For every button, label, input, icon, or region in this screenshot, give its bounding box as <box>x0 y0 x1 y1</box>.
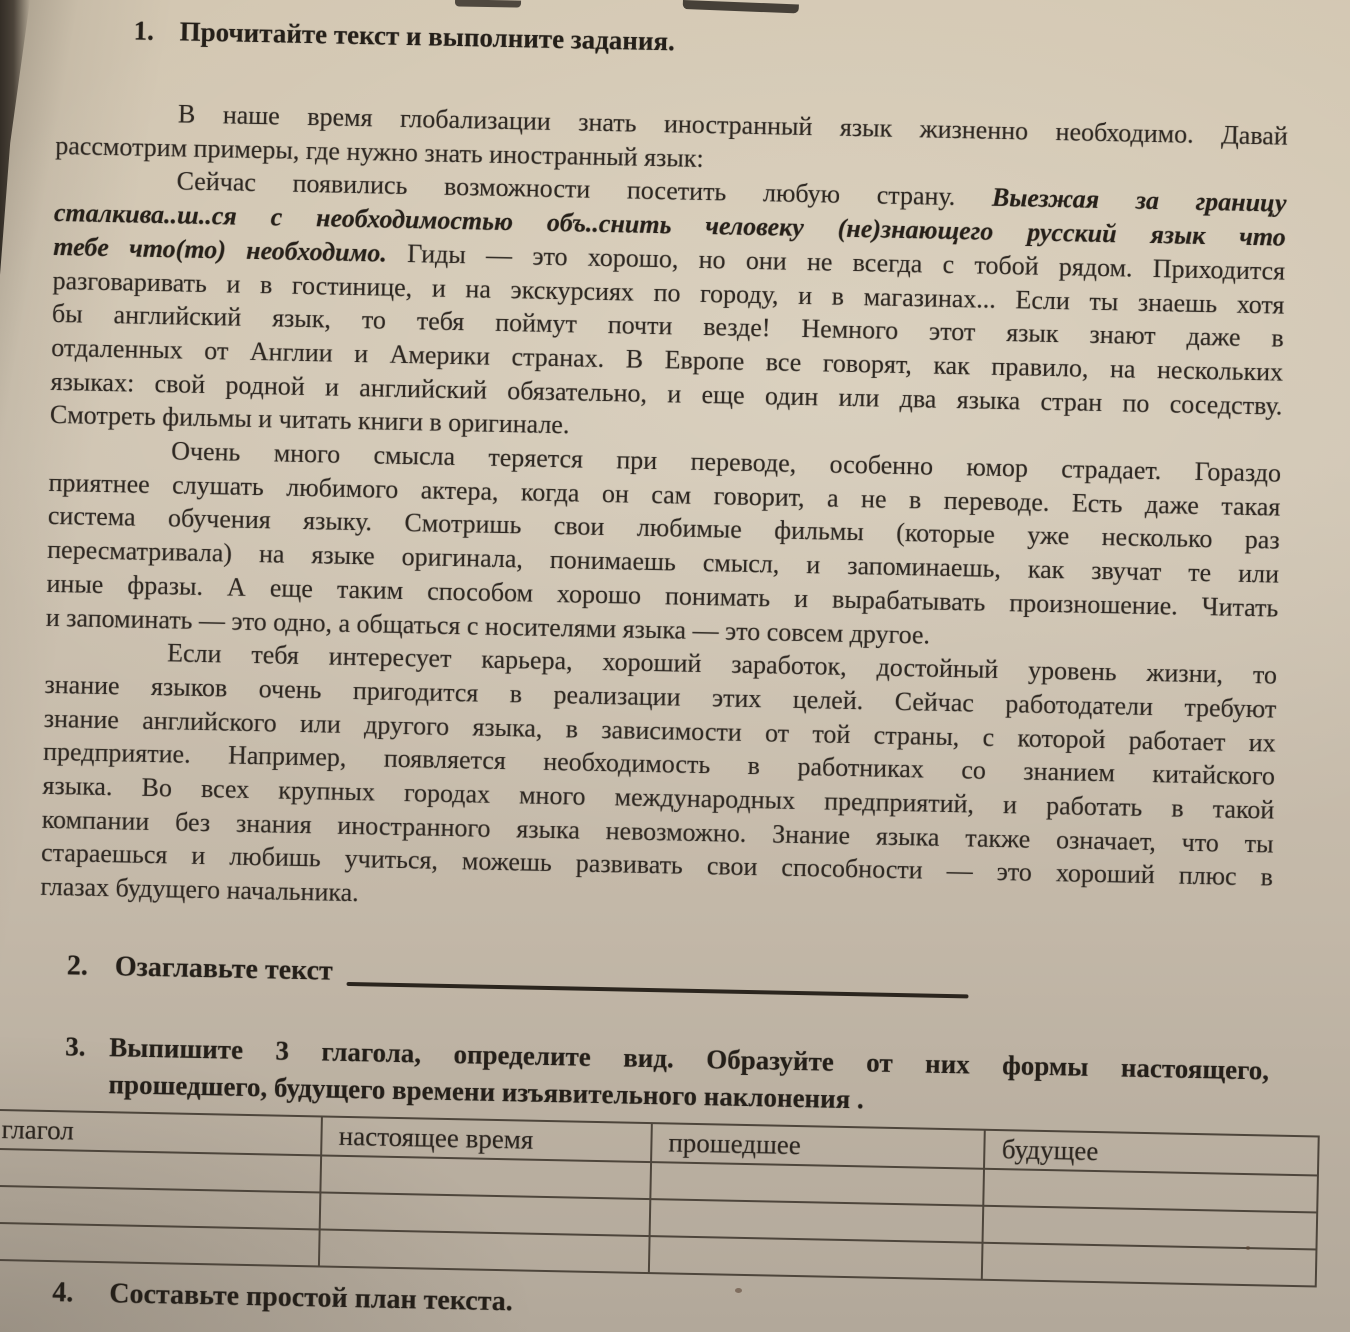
table-cell-empty <box>982 1243 1316 1287</box>
table-cell-empty <box>0 1186 321 1230</box>
exercise-italic-text: Выезжая за границу <box>992 183 1287 218</box>
paper-speck <box>735 1288 742 1293</box>
task-3-text: Выпишите 3 глагола, определите вид. Обра… <box>108 1029 1269 1126</box>
table-cell-empty <box>0 1149 321 1193</box>
task-2-heading: 2. Озаглавьте текст <box>67 948 1271 1008</box>
cutoff-text-mark <box>455 0 521 8</box>
table-cell-empty <box>0 1223 320 1267</box>
paragraph: Сейчас появились возможности посетить лю… <box>50 162 1287 456</box>
table-header-cell: прошедшее <box>651 1123 985 1169</box>
document-content: 1. Прочитайте текст и выполните задания.… <box>0 13 1350 1332</box>
paragraph: Если тебя интересует карьера, хороший за… <box>40 634 1277 928</box>
task-4-number: 4. <box>52 1278 110 1309</box>
task-1-number: 1. <box>133 15 180 46</box>
task-4-heading: 4. Составьте простой план текста. <box>52 1278 1264 1332</box>
paper-speck <box>1246 1246 1250 1250</box>
table-header-cell: настоящее время <box>321 1116 651 1162</box>
task-2-title: Озаглавьте текст <box>115 949 334 989</box>
worksheet-photo: 1. Прочитайте текст и выполните задания.… <box>0 0 1350 1332</box>
task-1-heading: 1. Прочитайте текст и выполните задания. <box>133 15 1289 68</box>
task-3-number: 3. <box>64 1028 109 1103</box>
task-2-number: 2. <box>67 948 116 985</box>
task-1-title: Прочитайте текст и выполните задания. <box>179 16 675 56</box>
table-header-cell: будущее <box>984 1130 1318 1176</box>
table-header-cell: глагол <box>0 1110 322 1156</box>
task-3-heading: 3. Выпишите 3 глагола, определите вид. О… <box>64 1028 1269 1126</box>
grammar-table: глаголнастоящее времяпрошедшеебудущее <box>0 1109 1320 1288</box>
answer-blank-line <box>346 982 968 998</box>
body-text: В наше время глобализации знать иностран… <box>40 95 1288 928</box>
table-cell-empty <box>319 1229 649 1273</box>
exercise-italic-text: тебе что(то) необходимо. <box>53 232 407 268</box>
task-4-title: Составьте простой план текста. <box>109 1279 513 1317</box>
cutoff-text-mark <box>683 0 799 13</box>
text-segment: глазах будущего начальника. <box>40 872 359 907</box>
paragraph: Очень много смысла теряется при переводе… <box>46 432 1282 659</box>
table-cell-empty <box>649 1236 983 1280</box>
